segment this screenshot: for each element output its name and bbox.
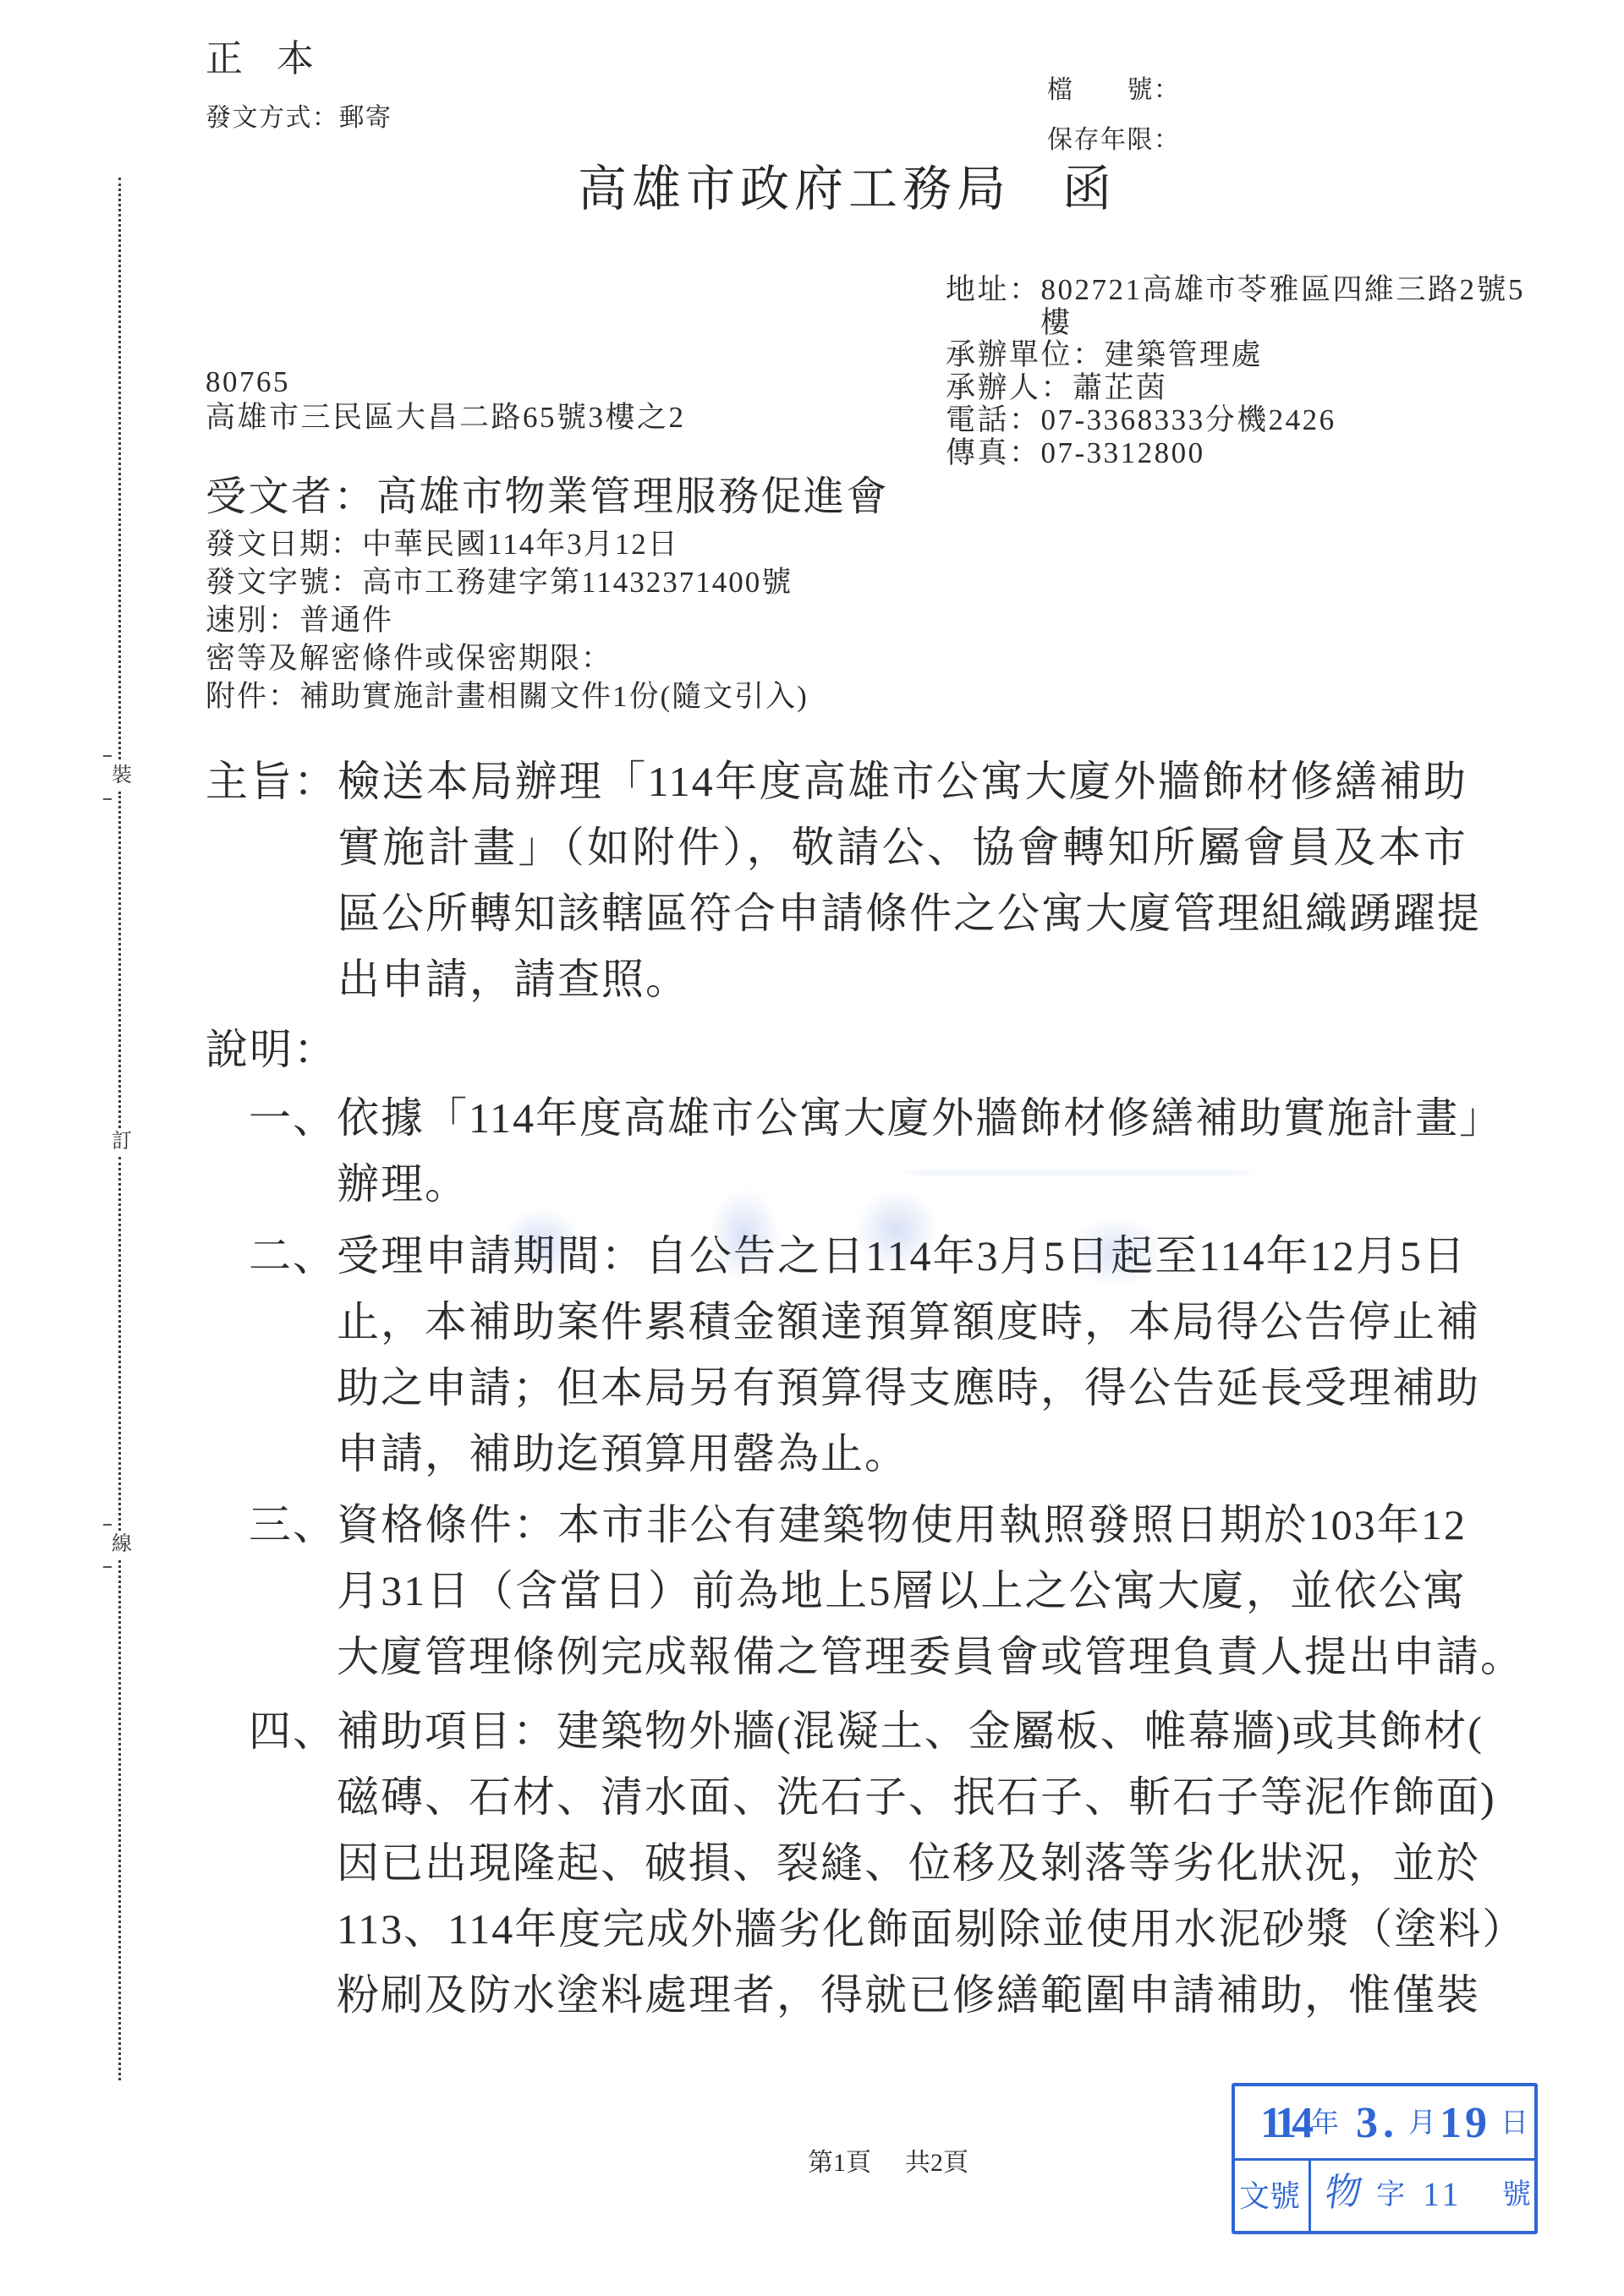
handler-label: 承辦人： [946, 371, 1073, 404]
binding-tick-mark [103, 1566, 112, 1568]
urgency-value: 普通件 [299, 604, 393, 637]
stamp-day-unit: 日 [1501, 2110, 1528, 2138]
binding-mark-bind: 裝 [108, 762, 135, 789]
stamp-word-char: 字 [1376, 2181, 1405, 2210]
file-number: 檔 號： [1047, 75, 1181, 106]
binding-dotted-line [118, 178, 121, 759]
document-metadata: 發文日期：中華民國114年3月12日 發文字號：高市工務建字第114323714… [206, 525, 809, 715]
stamp-year: 114 [1260, 2101, 1309, 2145]
document-number-value: 高市工務建字第11432371400號 [362, 566, 793, 599]
explanation-item-body: 補助項目：建築物外牆(混凝土、金屬板、帷幕牆)或其飾材( 磁磚、石材、清水面、洗… [337, 1698, 1467, 2028]
explanation-item-body: 受理申請期間：自公告之日114年3月5日起至114年12月5日 止，本補助案件累… [337, 1223, 1467, 1487]
subject-body: 檢送本局辦理「114年度高雄市公寓大廈外牆飾材修繕補助 實施計畫」（如附件），敬… [337, 748, 1468, 1012]
attachments: 附件：補助實施計畫相關文件1份(隨文引入) [206, 677, 809, 715]
stamp-year-unit: 年 [1311, 2110, 1339, 2138]
phone: 電話：07-3368333分機2426 [946, 404, 1525, 437]
sender-address-value: 802721高雄市苓雅區四維三路2號5 [1041, 273, 1526, 306]
stamp-date-row: 114 年 3. 月 19 日 [1235, 2086, 1534, 2161]
document-page: 裝 訂 線 正本 發文方式：郵寄 檔 號： 保存年限： 高雄市政府工務局 函 地… [0, 0, 1624, 2296]
stamp-month: 3. [1356, 2101, 1399, 2145]
sender-address-label: 地址： [946, 273, 1041, 306]
retention-period-label: 保存年限： [1047, 126, 1181, 154]
stamp-day: 19 [1440, 2101, 1490, 2145]
explanation-item-line: 月31日（含當日）前為地上5層以上之公寓大廈，並依公寓 [337, 1558, 1467, 1624]
explanation-item-line: 助之申請；但本局另有預算得支應時，得公告延長受理補助 [337, 1355, 1467, 1421]
retention-period: 保存年限： [1047, 125, 1181, 156]
handling-unit-value: 建築管理處 [1105, 338, 1264, 371]
phone-label: 電話： [946, 403, 1041, 436]
classification: 密等及解密條件或保密期限： [206, 639, 809, 677]
explanation-label: 說明： [206, 1016, 337, 1082]
subject-line: 實施計畫」（如附件），敬請公、協會轉知所屬會員及本市 [337, 814, 1468, 880]
explanation-item-line: 資格條件：本市非公有建築物使用執照發照日期於103年12 [337, 1492, 1467, 1558]
explanation-item-number: 一、 [249, 1085, 337, 1151]
subject-label: 主旨： [206, 748, 337, 814]
received-date-stamp: 114 年 3. 月 19 日 文號 物 字 11 號 [1232, 2083, 1538, 2234]
explanation-item-line: 止，本補助案件累積金額達預算額度時，本局得公告停止補 [337, 1289, 1467, 1355]
stamp-handwritten-prefix: 物 [1320, 2173, 1361, 2213]
attachments-value: 補助實施計畫相關文件1份(隨文引入) [299, 680, 809, 713]
binding-mark-line: 線 [108, 1531, 135, 1558]
delivery-method: 發文方式：郵寄 [206, 103, 392, 134]
page-total: 共2頁 [905, 2149, 968, 2177]
stamp-number: 11 [1423, 2178, 1462, 2211]
document-title-type: 函 [1062, 160, 1116, 219]
issue-date-value: 中華民國114年3月12日 [362, 528, 679, 561]
sender-address-continued: 樓 [946, 307, 1525, 340]
document-number: 發文字號：高市工務建字第11432371400號 [206, 563, 809, 601]
recipient-mailing-address: 80765 高雄市三民區大昌二路65號3樓之2 [206, 364, 686, 436]
explanation-item-line: 磁磚、石材、清水面、洗石子、抿石子、斬石子等泥作飾面) [337, 1764, 1467, 1830]
phone-value: 07-3368333分機2426 [1041, 403, 1336, 436]
page-current: 第1頁 [808, 2149, 871, 2177]
subject-line: 區公所轉知該轄區符合申請條件之公寓大廈管理組織踴躍提 [337, 880, 1468, 946]
binding-tick-mark [103, 755, 112, 757]
binding-dotted-line [118, 1560, 121, 2080]
issue-date-label: 發文日期： [206, 528, 362, 561]
handler-value: 蕭芷茵 [1073, 371, 1168, 404]
issue-date: 發文日期：中華民國114年3月12日 [206, 525, 809, 563]
attachments-label: 附件： [206, 680, 299, 713]
binding-dotted-line [118, 1157, 121, 1531]
explanation-item-line: 113、114年度完成外牆劣化飾面剔除並使用水泥砂漿（塗料） [337, 1896, 1467, 1962]
handling-unit-label: 承辦單位： [946, 338, 1105, 371]
stamp-divider [1309, 2161, 1311, 2231]
explanation-item-number: 二、 [249, 1223, 337, 1289]
fax: 傳真：07-3312800 [946, 437, 1525, 470]
document-title-agency: 高雄市政府工務局 [578, 160, 1011, 219]
sender-address: 地址：802721高雄市苓雅區四維三路2號5 [946, 274, 1525, 307]
subject-line: 出申請，請查照。 [337, 946, 1468, 1012]
document-number-label: 發文字號： [206, 566, 362, 599]
urgency-label: 速別： [206, 604, 299, 637]
fax-label: 傳真： [946, 436, 1041, 469]
urgency: 速別：普通件 [206, 601, 809, 639]
explanation-item-body: 資格條件：本市非公有建築物使用執照發照日期於103年12 月31日（含當日）前為… [337, 1492, 1467, 1690]
page-indicator: 第1頁共2頁 [808, 2148, 968, 2178]
handling-unit: 承辦單位：建築管理處 [946, 339, 1525, 372]
explanation-item-line: 大廈管理條例完成報備之管理委員會或管理負責人提出申請。 [337, 1624, 1467, 1690]
file-number-label: 檔 號： [1047, 76, 1181, 104]
explanation-item-number: 三、 [249, 1492, 337, 1558]
stamp-month-unit: 月 [1408, 2110, 1436, 2138]
binding-mark-staple: 訂 [108, 1128, 135, 1155]
explanation-item-line: 受理申請期間：自公告之日114年3月5日起至114年12月5日 [337, 1223, 1467, 1289]
stamp-number-suffix: 號 [1502, 2181, 1531, 2210]
recipient-postal-code: 80765 [206, 364, 686, 400]
explanation-item-line: 申請，補助迄預算用罄為止。 [337, 1421, 1467, 1487]
delivery-method-label: 發文方式： [206, 104, 339, 132]
explanation-item-body: 依據「114年度高雄市公寓大廈外牆飾材修繕補助實施計畫」 辦理。 [337, 1085, 1467, 1217]
explanation-item-line: 辦理。 [337, 1151, 1467, 1217]
recipient-value: 高雄市物業管理服務促進會 [376, 474, 889, 519]
recipient: 受文者：高雄市物業管理服務促進會 [206, 474, 889, 521]
recipient-label: 受文者： [206, 474, 376, 519]
sender-address-value-wrap: 樓 [1040, 306, 1073, 339]
explanation-item-line: 因已出現隆起、破損、裂縫、位移及剝落等劣化狀況，並於 [337, 1830, 1467, 1896]
handler: 承辦人：蕭芷茵 [946, 372, 1525, 405]
explanation-item-number: 四、 [249, 1698, 337, 1764]
copy-type-label: 正本 [206, 38, 348, 80]
sender-info-block: 地址：802721高雄市苓雅區四維三路2號5 樓 承辦單位：建築管理處 承辦人：… [946, 274, 1525, 469]
fax-value: 07-3312800 [1041, 436, 1205, 469]
explanation-item-line: 粉刷及防水塗料處理者，得就已修繕範圍申請補助，惟僅裝 [337, 1962, 1467, 2028]
stamp-doc-number-label: 文號 [1239, 2181, 1300, 2211]
recipient-street-address: 高雄市三民區大昌二路65號3樓之2 [206, 400, 686, 436]
explanation-item-line: 依據「114年度高雄市公寓大廈外牆飾材修繕補助實施計畫」 [337, 1085, 1467, 1151]
subject-line: 檢送本局辦理「114年度高雄市公寓大廈外牆飾材修繕補助 [337, 748, 1468, 814]
binding-tick-mark [103, 798, 112, 800]
explanation-item-line: 補助項目：建築物外牆(混凝土、金屬板、帷幕牆)或其飾材( [337, 1698, 1467, 1764]
delivery-method-value: 郵寄 [339, 104, 392, 132]
binding-dotted-line [118, 792, 121, 1128]
classification-label: 密等及解密條件或保密期限： [206, 642, 612, 675]
binding-tick-mark [103, 1524, 112, 1526]
